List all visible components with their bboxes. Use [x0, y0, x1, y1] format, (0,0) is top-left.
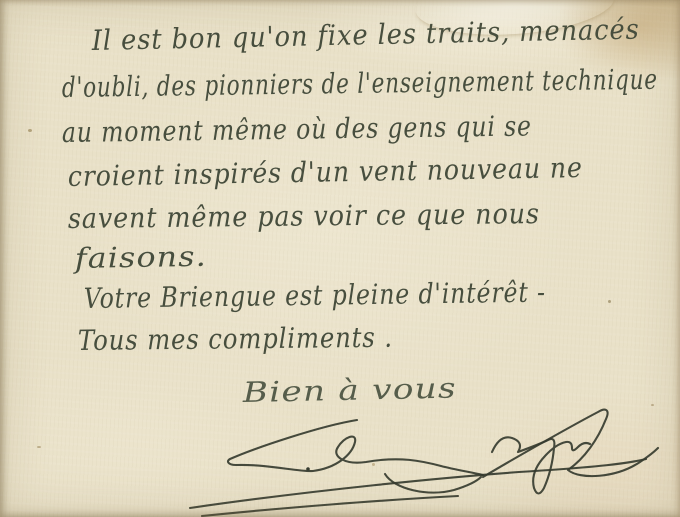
letter-body: Il est bon qu'on fixe les traits, menacé… — [62, 13, 658, 409]
closing-line: Bien à vous — [241, 372, 457, 410]
letter-line-4: croient inspirés d'un vent nouveau ne — [68, 151, 583, 193]
signature-flourish — [190, 410, 658, 516]
letter-page: Il est bon qu'on fixe les traits, menacé… — [0, 0, 680, 517]
signature-stroke — [228, 420, 483, 475]
letter-line-7: Votre Briengue est pleine d'intérêt - — [84, 276, 546, 315]
letter-line-1: Il est bon qu'on fixe les traits, menacé… — [91, 13, 640, 57]
letter-line-3: au moment même où des gens qui se — [62, 109, 532, 149]
handwriting-layer: Il est bon qu'on fixe les traits, menacé… — [0, 0, 680, 517]
letter-line-5: savent même pas voir ce que nous — [68, 197, 540, 235]
signature-stroke — [202, 496, 458, 516]
letter-line-2: d'oubli, des pionniers de l'enseignement… — [62, 63, 658, 104]
letter-line-6: faisons. — [72, 240, 207, 275]
signature-dot — [306, 467, 310, 471]
letter-line-8: Tous mes compliments . — [78, 321, 393, 357]
